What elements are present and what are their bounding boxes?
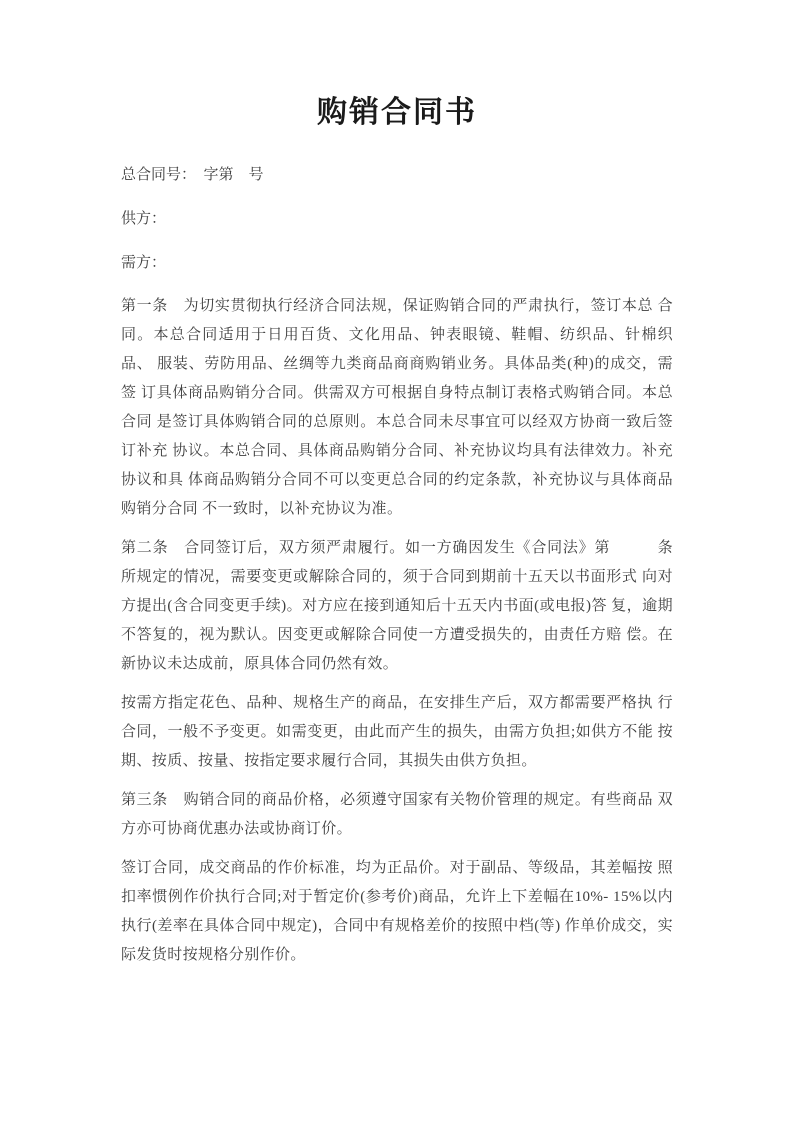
contract-document-page: 购销合同书 总合同号： 字第 号 供方： 需方： 第一条 为切实贯彻执行经济合同… — [0, 0, 793, 1122]
contract-number-line: 总合同号： 字第 号 — [121, 161, 673, 190]
paragraph-article-3-continued: 签订合同，成交商品的作价标准，均为正品价。对于副品、等级品，其差幅按 照扣率惯例… — [121, 854, 673, 970]
paragraph-article-2: 第二条 合同签订后，双方须严肃履行。如一方确因发生《合同法》第 条所规定的情况，… — [121, 534, 673, 679]
buyer-label: 需方： — [121, 249, 673, 278]
document-title: 购销合同书 — [121, 92, 673, 134]
paragraph-article-3: 第三条 购销合同的商品价格，必须遵守国家有关物价管理的规定。有些商品 双方亦可协… — [121, 786, 673, 844]
paragraph-article-1: 第一条 为切实贯彻执行经济合同法规，保证购销合同的严肃执行，签订本总 合同。本总… — [121, 292, 673, 524]
supplier-label: 供方： — [121, 205, 673, 234]
paragraph-article-2-continued: 按需方指定花色、品种、规格生产的商品，在安排生产后，双方都需要严格执 行合同，一… — [121, 689, 673, 776]
